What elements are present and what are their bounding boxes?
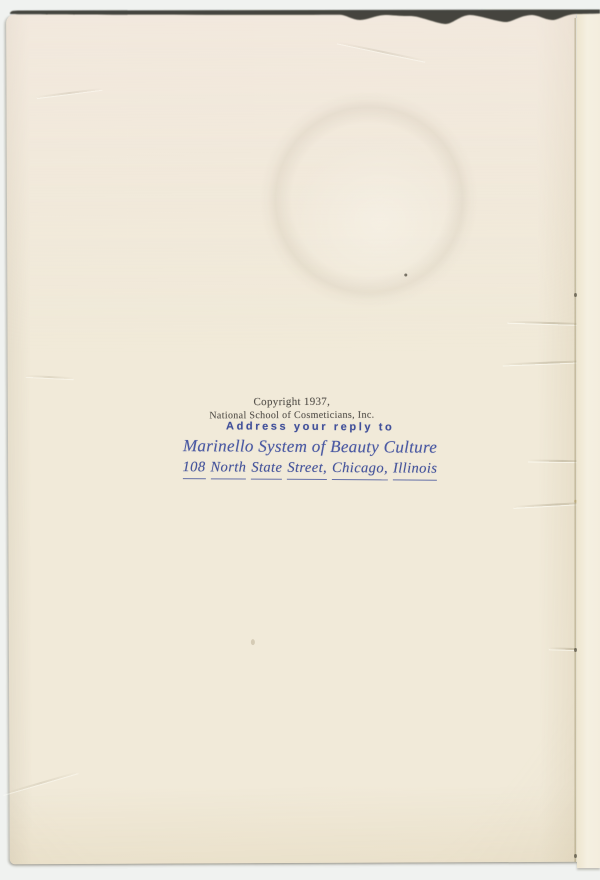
crease-line [26,375,74,379]
stamp-address-word: Street, [287,458,327,480]
stamp-address-word: Chicago, [332,458,388,480]
imprint-block: Copyright 1937, National School of Cosme… [102,395,482,423]
stitch-dot [574,648,577,652]
scanned-document: Copyright 1937, National School of Cosme… [0,0,600,880]
page-top-edge-shadow [0,0,600,34]
crease-line [337,41,426,61]
stamp-address-line: 108NorthStateStreet,Chicago,Illinois [120,457,500,481]
crease-line [3,771,78,795]
stamp-address-word: 108 [182,457,205,479]
page-fold-line [574,18,577,862]
stitch-dot [574,293,577,297]
stitch-dot [574,854,577,858]
book-page: Copyright 1937, National School of Cosme… [6,12,580,864]
crease-line [503,360,585,365]
stamp-address-word: State [251,458,282,480]
paper-speck [404,273,407,276]
stamp-address-word: Illinois [393,458,437,480]
address-stamp: Address your reply to Marinello System o… [120,420,500,481]
circular-watermark [258,90,479,309]
crease-line [37,88,103,98]
stamp-organization-line: Marinello System of Beauty Culture [120,435,500,459]
stamp-address-word: North [210,457,246,479]
adjacent-page-edge [577,13,600,868]
stamp-header-line: Address your reply to [120,420,500,435]
paper-speck [251,639,255,645]
crease-line [507,321,584,325]
